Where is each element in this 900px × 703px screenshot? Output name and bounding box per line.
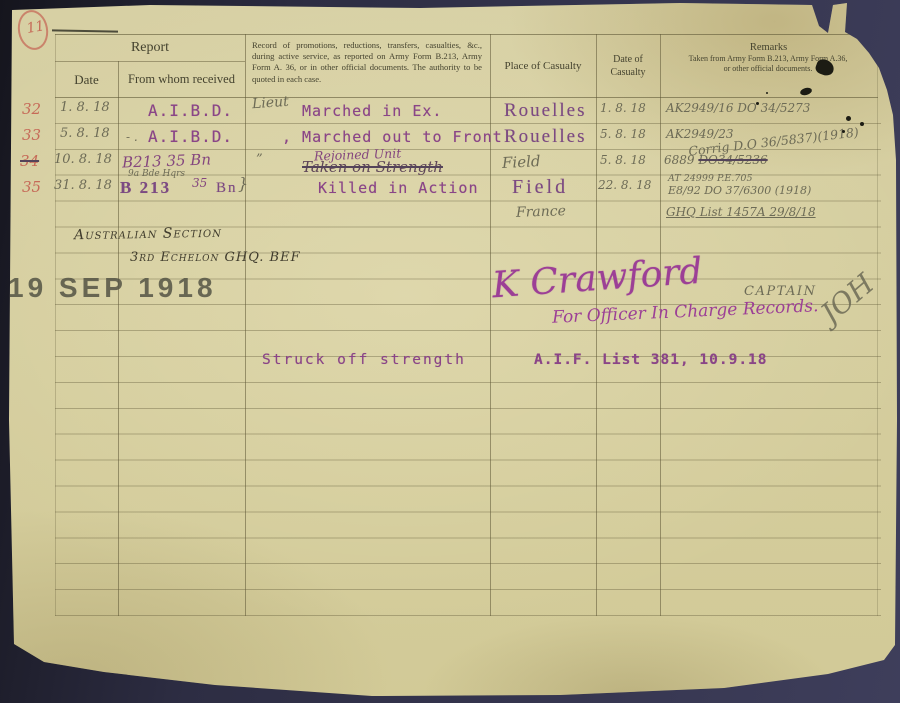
record-entry: Marched in Ex. [302, 102, 442, 120]
column-header-date: Date [55, 72, 118, 88]
column-header-record-note: Record of promotions, reductions, transf… [252, 40, 482, 85]
casualty-date: 1. 8. 18 [600, 101, 646, 115]
from-whom-unit: Bn [216, 180, 238, 197]
bracket-mark: } [238, 174, 248, 193]
report-date: 5. 8. 18 [60, 126, 110, 141]
ink-speck [846, 116, 851, 121]
from-whom-hand: 35 [192, 176, 207, 190]
column-header-fromwhom: From whom received [118, 72, 245, 87]
report-date: 10. 8. 18 [54, 152, 112, 167]
row-number: 33 [22, 126, 41, 144]
ditto-mark: - . [126, 130, 138, 144]
row-number: 35 [22, 178, 41, 196]
report-header-divider [55, 61, 245, 62]
row-number-struck: 34 [20, 152, 39, 170]
ink-speck [860, 122, 864, 126]
column-header-casualty-date: Date of Casualty [599, 54, 657, 79]
struck-off-strength-entry: Struck off strength [262, 352, 466, 368]
casualty-date: 5. 8. 18 [600, 153, 646, 167]
corner-circle-mark: 11 [15, 8, 51, 53]
remarks-line1: AT 24999 P.E.705 [668, 173, 753, 184]
column-header-report: Report [55, 40, 245, 56]
from-whom-stamp: B 213 [120, 178, 171, 198]
remarks-entry: GHQ List 1457A 29/8/18 [666, 205, 816, 219]
place-of-casualty: Rouelles [504, 126, 587, 148]
corner-number: 11 [25, 18, 45, 37]
ditto-mark: ” [256, 152, 263, 167]
rank-annotation: CAPTAIN [744, 284, 816, 299]
place-of-casualty: Field [502, 152, 541, 172]
table-top-border [55, 34, 878, 35]
record-annotation: Lieut [251, 94, 289, 113]
from-whom-received: A.I.B.D. [148, 101, 233, 120]
remarks-struck: DO34/5236 [698, 153, 767, 167]
from-whom-received: A.I.B.D. [148, 127, 233, 146]
ink-speck [766, 92, 768, 94]
ink-speck [756, 102, 759, 105]
document-page: Report Date From whom received Record of… [0, 0, 900, 703]
column-header-remarks: Remarks [660, 42, 877, 53]
aif-list-reference: A.I.F. List 381, 10.9.18 [534, 352, 768, 368]
report-date: 1. 8. 18 [60, 100, 110, 115]
report-date: 31. 8. 18 [54, 178, 112, 193]
casualty-date: 5. 8. 18 [600, 127, 646, 141]
remarks-line2: E8/92 DO 37/6300 (1918) [668, 184, 811, 197]
record-entry-struck: Taken on Strength [302, 158, 443, 176]
ink-smudge [52, 29, 118, 32]
place-of-casualty: Rouelles [504, 100, 587, 122]
remarks-entry: AK2949/16 DO 34/5273 [666, 101, 810, 115]
echelon-annotation: 3rd Echelon GHQ. BEF [130, 250, 301, 265]
section-annotation: Australian Section [74, 225, 222, 244]
date-received-stamp: 19 SEP 1918 [8, 272, 217, 304]
scanned-casualty-form: Report Date From whom received Record of… [0, 0, 900, 703]
remarks-ref: 6889 [664, 153, 698, 167]
remarks-entry: 6889 DO34/5236 [664, 153, 768, 167]
casualty-date: 22. 8. 18 [598, 178, 651, 192]
record-entry: , Marched out to Front [282, 128, 503, 146]
record-entry: Killed in Action [318, 179, 479, 197]
ink-blot [799, 87, 812, 97]
ink-speck [842, 130, 845, 133]
row-number: 32 [22, 100, 41, 118]
place-of-casualty: Field [512, 176, 568, 199]
place-of-casualty: France [516, 203, 566, 221]
column-header-place: Place of Casualty [490, 60, 596, 72]
